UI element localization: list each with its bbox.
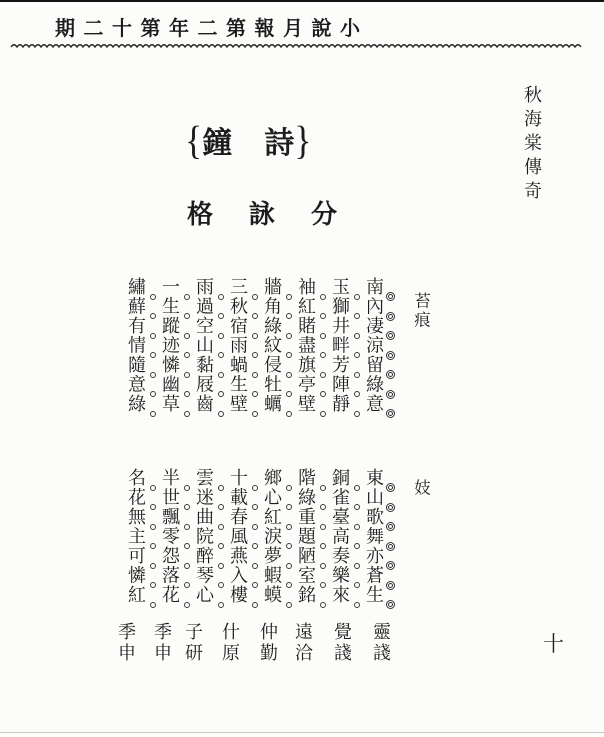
reading-mark-cell (214, 478, 228, 498)
reading-circle-icon (354, 352, 360, 358)
reading-mark-cell (248, 517, 262, 537)
reading-circle-icon (320, 352, 326, 358)
reading-circle-icon (286, 543, 292, 549)
reading-mark-cell (384, 287, 398, 307)
reading-mark-cell (384, 404, 398, 424)
reading-circle-icon (320, 524, 326, 530)
reading-marks-column (282, 287, 296, 424)
reading-mark-cell (146, 537, 160, 557)
reading-mark-cell (384, 517, 398, 537)
reading-marks-column (384, 287, 398, 424)
reading-mark-cell (146, 595, 160, 615)
reading-mark-cell (146, 326, 160, 346)
reading-mark-cell (350, 478, 364, 498)
reading-marks-column (180, 287, 194, 424)
emphasis-circle-icon (386, 390, 395, 399)
verse-line: 三秋宿雨蝸生壁 (229, 277, 247, 414)
reading-mark-cell (180, 307, 194, 327)
reading-circle-icon (286, 391, 292, 397)
reading-mark-cell (316, 404, 330, 424)
reading-mark-cell (180, 576, 194, 596)
reading-mark-cell (214, 385, 228, 405)
reading-mark-cell (248, 346, 262, 366)
reading-circle-icon (320, 582, 326, 588)
reading-circle-icon (184, 543, 190, 549)
reading-mark-cell (214, 404, 228, 424)
reading-circle-icon (252, 504, 258, 510)
reading-circle-icon (252, 582, 258, 588)
emphasis-circle-icon (386, 331, 395, 340)
section-label-fen-yong-ge: 格 詠 分 (187, 194, 337, 231)
reading-mark-cell (282, 326, 296, 346)
reading-circle-icon (150, 294, 156, 300)
reading-mark-cell (146, 556, 160, 576)
reading-mark-cell (248, 576, 262, 596)
verse-line: 牆角綠紋侵牡蠣 (263, 277, 281, 414)
emphasis-circle-icon (386, 503, 395, 512)
reading-mark-cell (180, 346, 194, 366)
reading-marks-column (180, 478, 194, 615)
reading-circle-icon (218, 313, 224, 319)
reading-mark-cell (214, 307, 228, 327)
emphasis-circle-icon (386, 483, 395, 492)
reading-mark-cell (350, 537, 364, 557)
reading-mark-cell (180, 498, 194, 518)
reading-mark-cell (180, 517, 194, 537)
reading-marks-column (214, 478, 228, 615)
reading-marks-column (316, 287, 330, 424)
author-name: 仲勤 (259, 622, 277, 664)
section-char-2: 詠 (249, 194, 275, 231)
reading-circle-icon (354, 411, 360, 417)
reading-mark-cell (350, 346, 364, 366)
reading-circle-icon (150, 582, 156, 588)
reading-circle-icon (252, 524, 258, 530)
reading-mark-cell (350, 287, 364, 307)
reading-marks-column (248, 478, 262, 615)
reading-circle-icon (252, 352, 258, 358)
reading-mark-cell (384, 595, 398, 615)
reading-circle-icon (218, 372, 224, 378)
reading-marks-column (248, 287, 262, 424)
reading-mark-cell (316, 517, 330, 537)
reading-circle-icon (184, 582, 190, 588)
reading-circle-icon (218, 602, 224, 608)
reading-mark-cell (350, 365, 364, 385)
reading-mark-cell (180, 537, 194, 557)
author-name: 遠洽 (294, 622, 312, 664)
reading-mark-cell (180, 404, 194, 424)
reading-circle-icon (354, 333, 360, 339)
reading-mark-cell (384, 498, 398, 518)
reading-mark-cell (316, 307, 330, 327)
reading-circle-icon (150, 313, 156, 319)
author-name: 靈諓 (372, 622, 390, 664)
verse-line: 名花無主可憐紅 (127, 468, 145, 605)
emphasis-circle-icon (386, 561, 395, 570)
author-name: 子研 (184, 622, 202, 664)
reading-circle-icon (354, 543, 360, 549)
emphasis-circle-icon (386, 600, 395, 609)
reading-mark-cell (282, 478, 296, 498)
emphasis-circle-icon (386, 312, 395, 321)
verse-line: 袖紅賭盡旗亭壁 (297, 277, 315, 414)
reading-circle-icon (286, 504, 292, 510)
reading-circle-icon (354, 602, 360, 608)
reading-circle-icon (320, 313, 326, 319)
reading-circle-icon (320, 602, 326, 608)
reading-circle-icon (286, 352, 292, 358)
reading-mark-cell (180, 478, 194, 498)
reading-mark-cell (214, 517, 228, 537)
reading-circle-icon (184, 313, 190, 319)
reading-marks-column (214, 287, 228, 424)
reading-circle-icon (252, 411, 258, 417)
reading-mark-cell (350, 307, 364, 327)
reading-mark-cell (214, 326, 228, 346)
reading-circle-icon (286, 313, 292, 319)
reading-mark-cell (282, 498, 296, 518)
reading-circle-icon (184, 352, 190, 358)
reading-mark-cell (350, 576, 364, 596)
reading-circle-icon (354, 563, 360, 569)
reading-circle-icon (218, 352, 224, 358)
emphasis-circle-icon (386, 542, 395, 551)
reading-circle-icon (184, 294, 190, 300)
reading-mark-cell (146, 385, 160, 405)
magazine-page: 期二十第年二第報月說小 { 鐘 詩 } 格 詠 分 十 秋海棠傳奇苔痕南內凄涼留… (0, 0, 604, 737)
reading-circle-icon (286, 411, 292, 417)
reading-marks-column (384, 478, 398, 615)
reading-mark-cell (316, 576, 330, 596)
reading-mark-cell (282, 556, 296, 576)
reading-circle-icon (252, 294, 258, 300)
reading-circle-icon (320, 391, 326, 397)
reading-mark-cell (350, 498, 364, 518)
reading-mark-cell (384, 537, 398, 557)
reading-mark-cell (282, 385, 296, 405)
reading-circle-icon (354, 485, 360, 491)
reading-circle-icon (286, 582, 292, 588)
author-name: 季申 (117, 622, 135, 664)
section-char-3: 分 (311, 194, 337, 231)
reading-mark-cell (316, 385, 330, 405)
reading-circle-icon (218, 582, 224, 588)
reading-mark-cell (384, 478, 398, 498)
reading-circle-icon (354, 391, 360, 397)
reading-circle-icon (320, 485, 326, 491)
reading-mark-cell (282, 537, 296, 557)
author-name: 覺諓 (333, 622, 351, 664)
reading-mark-cell (146, 404, 160, 424)
reading-mark-cell (248, 404, 262, 424)
reading-circle-icon (286, 524, 292, 530)
reading-circle-icon (354, 372, 360, 378)
reading-circle-icon (150, 524, 156, 530)
reading-mark-cell (214, 346, 228, 366)
reading-circle-icon (150, 563, 156, 569)
reading-circle-icon (320, 504, 326, 510)
reading-circle-icon (252, 333, 258, 339)
reading-circle-icon (218, 391, 224, 397)
reading-circle-icon (286, 563, 292, 569)
reading-circle-icon (252, 543, 258, 549)
reading-mark-cell (180, 385, 194, 405)
masthead-title: 期二十第年二第報月說小 (55, 12, 369, 41)
reading-marks-column (316, 478, 330, 615)
reading-mark-cell (282, 346, 296, 366)
reading-circle-icon (184, 602, 190, 608)
reading-circle-icon (218, 504, 224, 510)
reading-circle-icon (320, 372, 326, 378)
reading-circle-icon (218, 294, 224, 300)
reading-mark-cell (316, 556, 330, 576)
reading-mark-cell (282, 365, 296, 385)
reading-circle-icon (252, 313, 258, 319)
title-close-brace: } (294, 116, 311, 163)
verse-line: 東山歌舞亦蒼生 (365, 468, 383, 605)
reading-circle-icon (150, 391, 156, 397)
reading-circle-icon (184, 391, 190, 397)
verse-line: 十載春風燕入樓 (229, 468, 247, 605)
reading-circle-icon (252, 391, 258, 397)
reading-circle-icon (252, 602, 258, 608)
reading-mark-cell (350, 385, 364, 405)
reading-mark-cell (248, 385, 262, 405)
reading-mark-cell (248, 556, 262, 576)
reading-mark-cell (214, 287, 228, 307)
title-open-brace: { (185, 116, 202, 163)
reading-mark-cell (316, 537, 330, 557)
reading-marks-column (350, 478, 364, 615)
reading-mark-cell (248, 498, 262, 518)
reading-mark-cell (146, 307, 160, 327)
author-name: 什原 (221, 622, 239, 664)
reading-mark-cell (282, 517, 296, 537)
verse-line: 半世飄零怨落花 (161, 468, 179, 605)
emphasis-circle-icon (386, 292, 395, 301)
reading-mark-cell (282, 404, 296, 424)
reading-circle-icon (320, 411, 326, 417)
reading-circle-icon (252, 372, 258, 378)
reading-circle-icon (218, 333, 224, 339)
verse-topic-1: 苔痕 (412, 292, 429, 330)
reading-circle-icon (320, 294, 326, 300)
reading-circle-icon (150, 372, 156, 378)
reading-circle-icon (354, 294, 360, 300)
verse-line: 銅雀臺高奏樂來 (331, 468, 349, 605)
reading-mark-cell (384, 346, 398, 366)
reading-circle-icon (184, 411, 190, 417)
bottom-border-rule (0, 732, 604, 733)
reading-circle-icon (286, 294, 292, 300)
reading-mark-cell (316, 478, 330, 498)
reading-circle-icon (150, 543, 156, 549)
reading-circle-icon (354, 504, 360, 510)
reading-mark-cell (316, 365, 330, 385)
reading-circle-icon (150, 485, 156, 491)
reading-circle-icon (184, 485, 190, 491)
verse-line: 一生蹤迹憐幽草 (161, 277, 179, 414)
reading-circle-icon (218, 411, 224, 417)
reading-circle-icon (184, 372, 190, 378)
verse-line: 階綠重題陋室銘 (297, 468, 315, 605)
reading-mark-cell (180, 365, 194, 385)
reading-circle-icon (320, 563, 326, 569)
reading-mark-cell (248, 595, 262, 615)
poem-title: { 鐘 詩 } (185, 118, 312, 162)
reading-mark-cell (146, 478, 160, 498)
title-char-left: 鐘 (202, 118, 232, 162)
top-border-rule (0, 0, 604, 2)
reading-circle-icon (218, 563, 224, 569)
emphasis-circle-icon (386, 409, 395, 418)
verse-line: 鄉心紅淚夢蝦蟆 (263, 468, 281, 605)
emphasis-circle-icon (386, 351, 395, 360)
reading-marks-column (350, 287, 364, 424)
verse-line: 繡蘚有情隨意綠 (127, 277, 145, 414)
reading-mark-cell (146, 287, 160, 307)
reading-mark-cell (350, 595, 364, 615)
reading-mark-cell (248, 537, 262, 557)
reading-mark-cell (248, 287, 262, 307)
reading-mark-cell (384, 326, 398, 346)
reading-mark-cell (180, 287, 194, 307)
reading-mark-cell (146, 346, 160, 366)
emphasis-circle-icon (386, 581, 395, 590)
verse-line: 玉獅井畔芳陣靜 (331, 277, 349, 414)
verse-topic-2: 妓 (412, 479, 429, 498)
reading-circle-icon (150, 333, 156, 339)
reading-mark-cell (282, 307, 296, 327)
emphasis-circle-icon (386, 522, 395, 531)
reading-circle-icon (184, 333, 190, 339)
reading-circle-icon (150, 504, 156, 510)
emphasis-circle-icon (386, 370, 395, 379)
reading-circle-icon (286, 485, 292, 491)
reading-mark-cell (180, 595, 194, 615)
reading-circle-icon (218, 485, 224, 491)
reading-mark-cell (316, 498, 330, 518)
reading-mark-cell (146, 498, 160, 518)
reading-mark-cell (384, 365, 398, 385)
wavy-divider-rule (10, 40, 588, 52)
reading-marks-column (282, 478, 296, 615)
reading-mark-cell (248, 365, 262, 385)
verse-line: 雲迷曲院醉琴心 (195, 468, 213, 605)
reading-mark-cell (180, 326, 194, 346)
reading-circle-icon (184, 524, 190, 530)
reading-mark-cell (248, 307, 262, 327)
reading-mark-cell (180, 556, 194, 576)
section-char-1: 格 (187, 194, 213, 231)
reading-mark-cell (316, 326, 330, 346)
reading-circle-icon (218, 543, 224, 549)
reading-mark-cell (316, 346, 330, 366)
reading-circle-icon (252, 485, 258, 491)
reading-circle-icon (184, 504, 190, 510)
reading-circle-icon (354, 524, 360, 530)
reading-mark-cell (214, 365, 228, 385)
reading-mark-cell (146, 365, 160, 385)
reading-circle-icon (150, 352, 156, 358)
reading-mark-cell (214, 556, 228, 576)
reading-mark-cell (384, 307, 398, 327)
reading-mark-cell (248, 326, 262, 346)
reading-mark-cell (316, 595, 330, 615)
reading-marks-column (146, 287, 160, 424)
title-char-right: 詩 (264, 118, 294, 162)
reading-circle-icon (150, 411, 156, 417)
reading-circle-icon (150, 602, 156, 608)
reading-mark-cell (350, 326, 364, 346)
margin-title-vertical: 秋海棠傳奇 (523, 85, 541, 205)
reading-circle-icon (320, 543, 326, 549)
reading-circle-icon (354, 313, 360, 319)
reading-mark-cell (282, 595, 296, 615)
reading-mark-cell (384, 556, 398, 576)
reading-mark-cell (214, 537, 228, 557)
reading-circle-icon (184, 563, 190, 569)
reading-mark-cell (384, 576, 398, 596)
author-name: 季申 (153, 622, 171, 664)
reading-circle-icon (218, 524, 224, 530)
reading-mark-cell (214, 595, 228, 615)
reading-mark-cell (214, 576, 228, 596)
reading-mark-cell (146, 517, 160, 537)
reading-mark-cell (350, 517, 364, 537)
reading-mark-cell (282, 287, 296, 307)
reading-mark-cell (316, 287, 330, 307)
reading-circle-icon (286, 372, 292, 378)
reading-circle-icon (320, 333, 326, 339)
reading-mark-cell (214, 498, 228, 518)
reading-mark-cell (282, 576, 296, 596)
reading-mark-cell (384, 385, 398, 405)
reading-mark-cell (248, 478, 262, 498)
reading-circle-icon (252, 563, 258, 569)
verse-line: 雨過空山黏屐齒 (195, 277, 213, 414)
reading-mark-cell (350, 556, 364, 576)
verse-line: 南內凄涼留綠意 (365, 277, 383, 414)
reading-circle-icon (286, 602, 292, 608)
reading-mark-cell (146, 576, 160, 596)
reading-circle-icon (354, 582, 360, 588)
reading-marks-column (146, 478, 160, 615)
page-number: 十 (543, 628, 564, 658)
reading-circle-icon (286, 333, 292, 339)
reading-mark-cell (350, 404, 364, 424)
